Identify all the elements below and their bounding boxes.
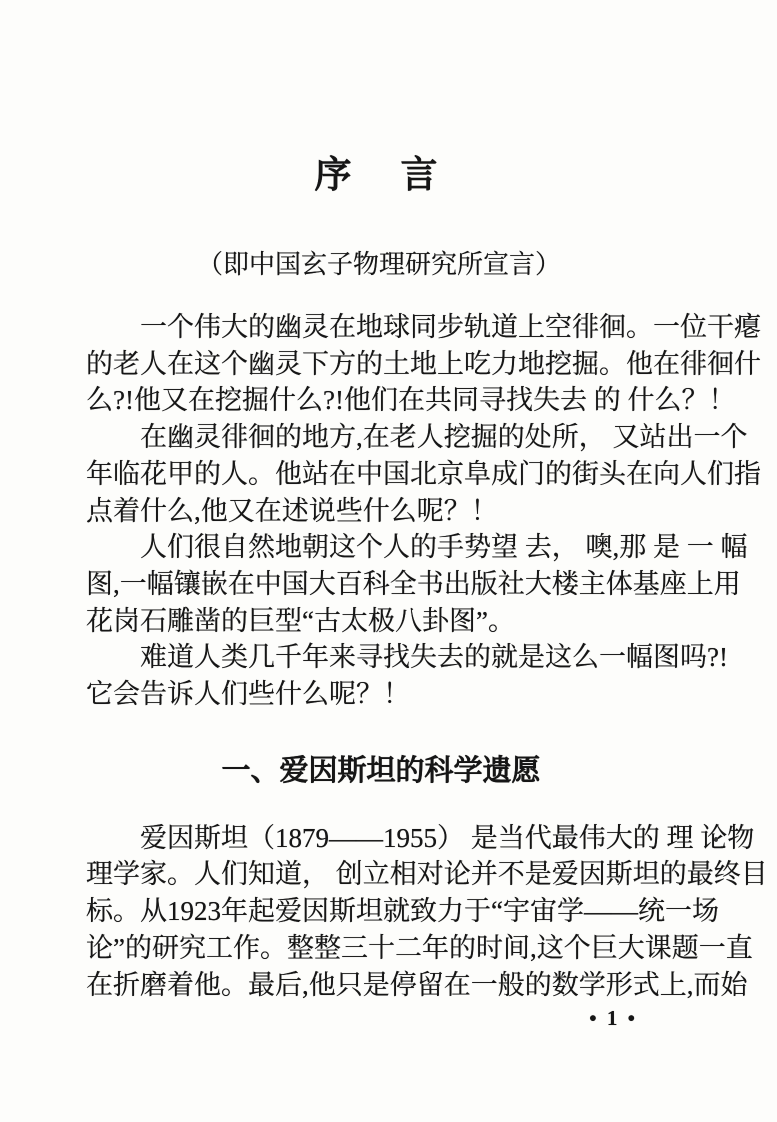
- text-line: 一个伟大的幽灵在地球同步轨道上空徘徊。一位干瘪: [86, 309, 708, 346]
- text-line: 标。从1923年起爱因斯坦就致力于“宇宙学——统一场: [86, 893, 708, 930]
- book-page: 序 言 （即中国玄子物理研究所宣言） 一个伟大的幽灵在地球同步轨道上空徘徊。一位…: [0, 0, 777, 1122]
- text-line: 图,一幅镶嵌在中国大百科全书出版社大楼主体基座上用: [86, 566, 708, 603]
- body-text: 一个伟大的幽灵在地球同步轨道上空徘徊。一位干瘪 的老人在这个幽灵下方的土地上吃力…: [86, 309, 708, 1003]
- text-line: 在折磨着他。最后,他只是停留在一般的数学形式上,而始: [86, 967, 708, 1004]
- page-subtitle: （即中国玄子物理研究所宣言）: [70, 247, 688, 283]
- section-heading: 一、爱因斯坦的科学遗愿: [70, 753, 692, 789]
- text-line: 年临花甲的人。他站在中国北京阜成门的街头在向人们指: [86, 456, 708, 493]
- text-line: 它会告诉人们些什么呢？！: [86, 676, 708, 713]
- stray-ink-dot: [714, 837, 718, 842]
- text-line: 难道人类几千年来寻找失去的就是这么一幅图吗?!: [86, 639, 708, 676]
- paragraph: 难道人类几千年来寻找失去的就是这么一幅图吗?! 它会告诉人们些什么呢？！: [86, 639, 708, 712]
- text-line: 在幽灵徘徊的地方,在老人挖掘的处所， 又站出一个: [86, 419, 708, 456]
- text-line: 点着什么,他又在述说些什么呢？！: [86, 493, 708, 530]
- paragraph: 在幽灵徘徊的地方,在老人挖掘的处所， 又站出一个 年临花甲的人。他站在中国北京阜…: [86, 419, 708, 529]
- text-line: 爱因斯坦（1879——1955） 是当代最伟大的 理 论物: [86, 820, 708, 857]
- page-number: • 1 •: [589, 1006, 635, 1031]
- text-line: 人们很自然地朝这个人的手势望 去， 噢,那 是 一 幅: [86, 529, 708, 566]
- text-line: 论”的研究工作。整整三十二年的时间,这个巨大课题一直: [86, 930, 708, 967]
- text-line: 么?!他又在挖掘什么?!他们在共同寻找失去 的 什么？！: [86, 382, 708, 419]
- text-line: 的老人在这个幽灵下方的土地上吃力地挖掘。他在徘徊什: [86, 346, 708, 383]
- text-line: 花岗石雕凿的巨型“古太极八卦图”。: [86, 603, 708, 640]
- page-title: 序 言: [70, 157, 688, 194]
- text-line: 理学家。人们知道， 创立相对论并不是爱因斯坦的最终目: [86, 856, 708, 893]
- paragraph: 人们很自然地朝这个人的手势望 去， 噢,那 是 一 幅 图,一幅镶嵌在中国大百科…: [86, 529, 708, 639]
- paragraph: 爱因斯坦（1879——1955） 是当代最伟大的 理 论物 理学家。人们知道， …: [86, 820, 708, 1004]
- paragraph: 一个伟大的幽灵在地球同步轨道上空徘徊。一位干瘪 的老人在这个幽灵下方的土地上吃力…: [86, 309, 708, 419]
